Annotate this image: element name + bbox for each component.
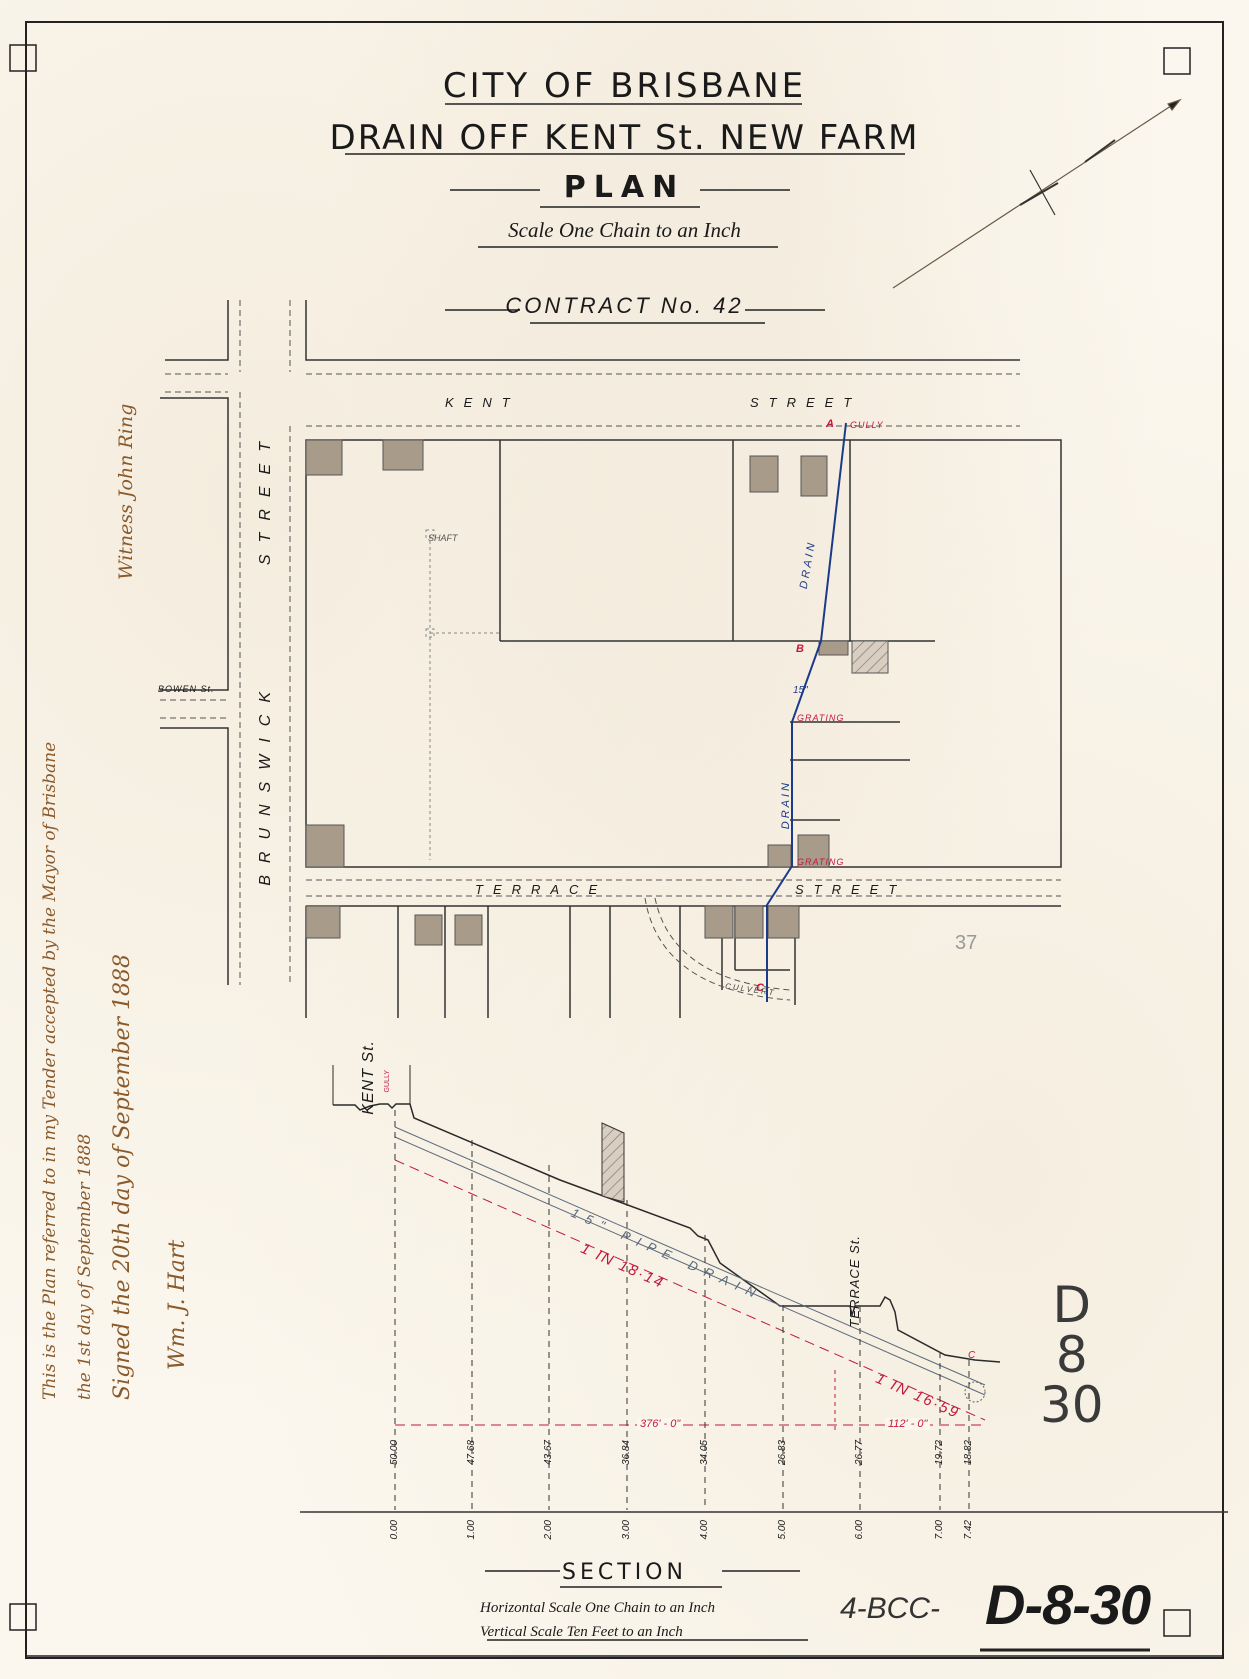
level-3: 36.84 [621,1440,632,1465]
section-scales: Horizontal Scale One Chain to an Inch Ve… [480,1596,715,1644]
contract-number: CONTRACT No. 42 [0,293,1249,319]
level-2: 43.67 [543,1440,554,1465]
street-label-kent-street: STREET [750,395,861,410]
street-label-terrace: TERRACE [475,882,607,897]
pencil-reference: D 8 30 [1040,1280,1104,1430]
level-8: 18.82 [963,1440,974,1465]
street-label-terrace-street: STREET [795,882,906,897]
chainage-2: 2.00 [543,1520,554,1539]
grating-label-1: GRATING [797,713,844,723]
gully-label: GULLY [850,420,884,430]
chainage-4: 4.00 [699,1520,710,1539]
street-label-brunswick-street: STREET [257,430,275,565]
length-label-1: 376' - 0" [637,1418,683,1430]
reference-number: D-8-30 [985,1572,1150,1637]
reference-prefix: 4-BCC- [840,1592,940,1626]
handwritten-line-2: the 1st day of September 1888 [75,650,95,1400]
chainage-1: 1.00 [466,1520,477,1539]
horizontal-scale: Horizontal Scale One Chain to an Inch [480,1596,715,1620]
title-drain: DRAIN OFF KENT St. NEW FARM [0,118,1249,158]
pipe-size-label: 15" [793,685,808,696]
title-plan: PLAN [0,170,1249,205]
handwritten-line-3: Signed the 20th day of September 1888 [110,820,135,1400]
grating-label-2: GRATING [797,857,844,867]
title-city: CITY OF BRISBANE [0,66,1249,106]
signature: Wm. J. Hart [165,1050,190,1370]
handwritten-line-1: This is the Plan referred to in my Tende… [40,200,60,1400]
plan-scale: Scale One Chain to an Inch [0,218,1249,243]
chainage-8: 7.42 [963,1520,974,1539]
section-kent-st: KENT St. [360,1040,378,1115]
chainage-7: 7.00 [934,1520,945,1539]
drain-label-2: DRAIN [780,780,792,829]
level-0: 50.00 [389,1440,400,1465]
section-terrace-st: TERRACE St. [847,1235,862,1328]
point-b-label: B [796,643,804,655]
pencil-ref-letter: D [1040,1280,1104,1330]
level-5: 26.83 [777,1440,788,1465]
street-label-bowen: BOWEN St. [158,684,215,694]
lot-number-label: 37 [955,932,977,955]
street-label-kent: KENT [445,395,520,410]
section-point-c: C [968,1350,975,1361]
chainage-5: 5.00 [777,1520,788,1539]
length-label-2: 112' - 0" [885,1418,930,1430]
vertical-scale: Vertical Scale Ten Feet to an Inch [480,1620,715,1644]
witness-signature: Witness John Ring [115,210,137,580]
level-7: 19.72 [934,1440,945,1465]
chainage-0: 0.00 [389,1520,400,1539]
pencil-ref-8: 8 [1040,1330,1104,1380]
section-gully: GULLY [384,1070,391,1092]
chainage-6: 6.00 [854,1520,865,1539]
point-a-label: A [826,418,834,430]
level-4: 34.05 [699,1440,710,1465]
street-label-brunswick: BRUNSWICK [257,680,275,886]
shaft-label: SHAFT [428,533,458,543]
level-6: 26.77 [854,1440,865,1465]
corner-marks [10,45,1190,1636]
pencil-ref-30: 30 [1040,1380,1104,1430]
level-1: 47.68 [466,1440,477,1465]
chainage-3: 3.00 [621,1520,632,1539]
